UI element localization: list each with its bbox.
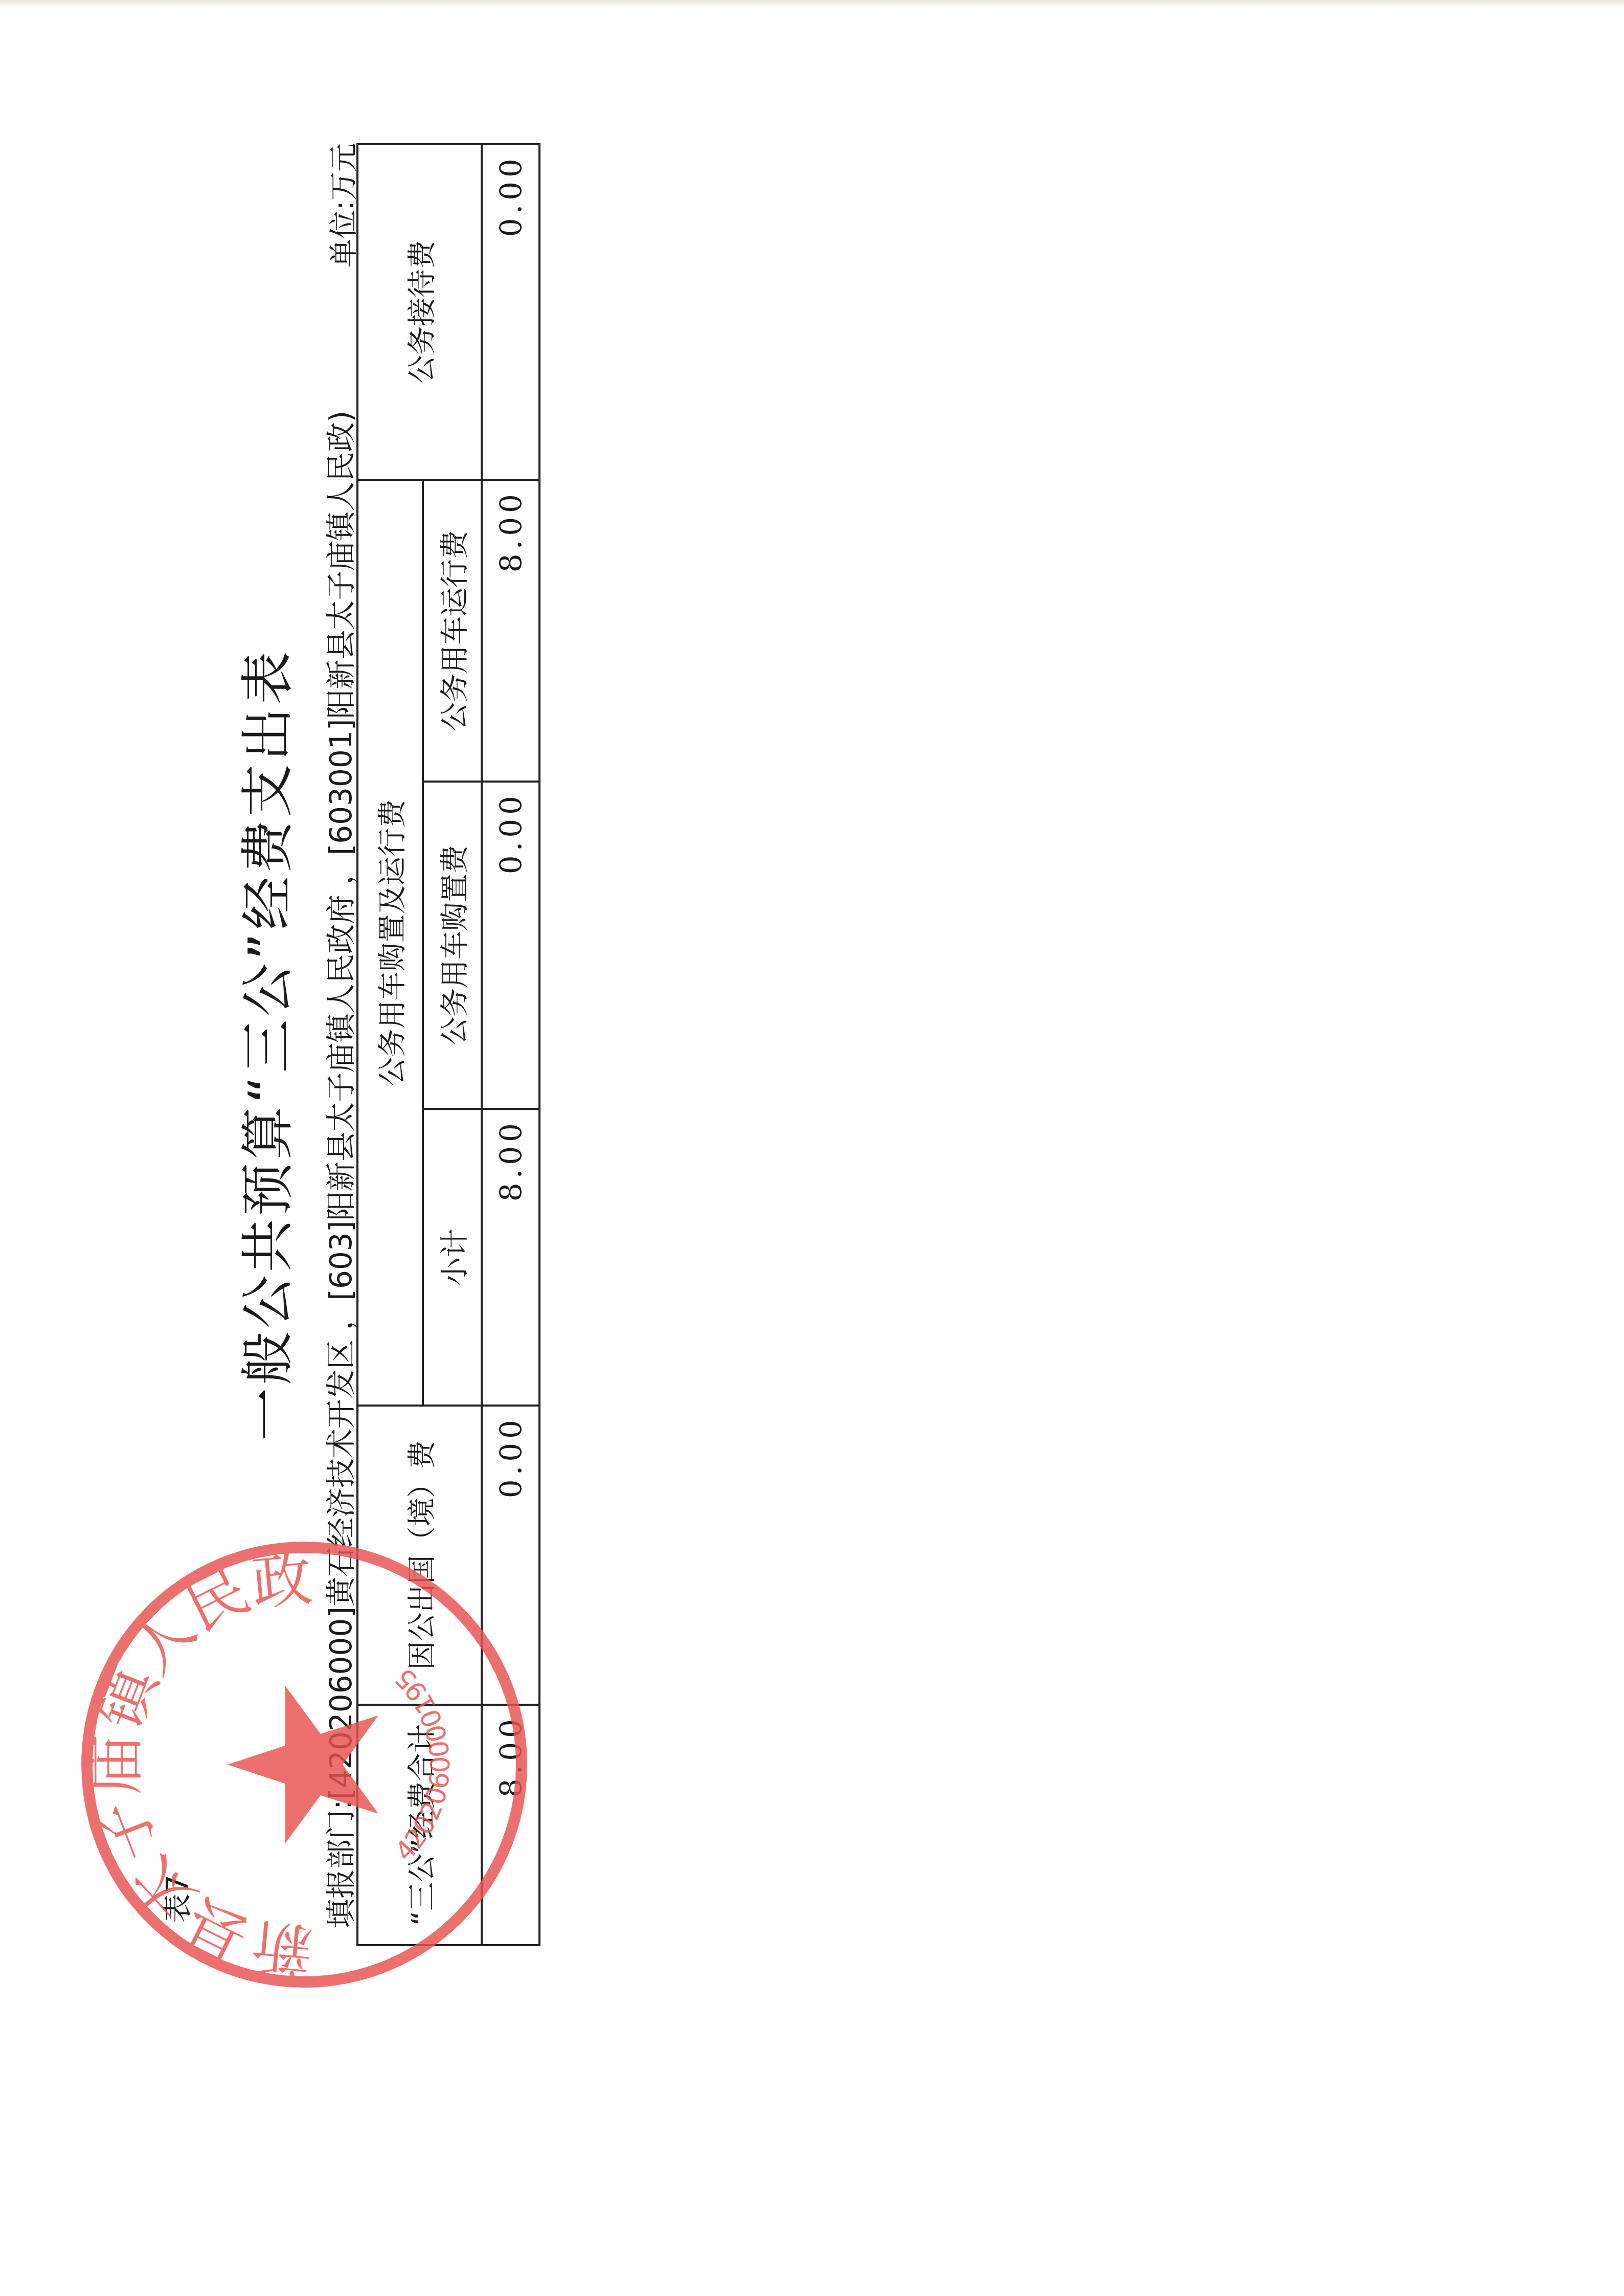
- value-vehicle-operation: 8.00: [481, 479, 540, 783]
- document-title: 一般公共预算“三公”经费支出表: [225, 143, 302, 1946]
- value-vehicle-purchase: 0.00: [481, 781, 540, 1110]
- header-vehicle-subtotal: 小计: [422, 1108, 483, 1407]
- three-public-expenses-table: “三公”经费合计 因公出国（境）费 公务用车购置及运行费 小计 公务用车购置费 …: [356, 143, 540, 1946]
- value-reception: 0.00: [481, 143, 540, 481]
- value-total: 8.00: [481, 1704, 540, 1946]
- rotated-document-page: 表7 一般公共预算“三公”经费支出表 填报部门:[420206000]黄石经济技…: [0, 0, 1624, 2296]
- table-number: 表7: [153, 1875, 196, 1923]
- header-vehicle-operation: 公务用车运行费: [422, 479, 483, 783]
- header-reception: 公务接待费: [356, 143, 483, 481]
- header-overseas: 因公出国（境）费: [356, 1405, 483, 1706]
- value-overseas: 0.00: [481, 1405, 540, 1706]
- reporting-department: 填报部门:[420206000]黄石经济技术开发区 ，[603]阳新县太子庙镇人…: [317, 411, 360, 1928]
- header-vehicle-purchase: 公务用车购置费: [422, 781, 483, 1110]
- value-vehicle-subtotal: 8.00: [481, 1108, 540, 1407]
- unit-label: 单位:万元: [321, 143, 362, 268]
- header-total: “三公”经费合计: [356, 1704, 483, 1946]
- header-vehicle-group: 公务用车购置及运行费: [356, 479, 424, 1407]
